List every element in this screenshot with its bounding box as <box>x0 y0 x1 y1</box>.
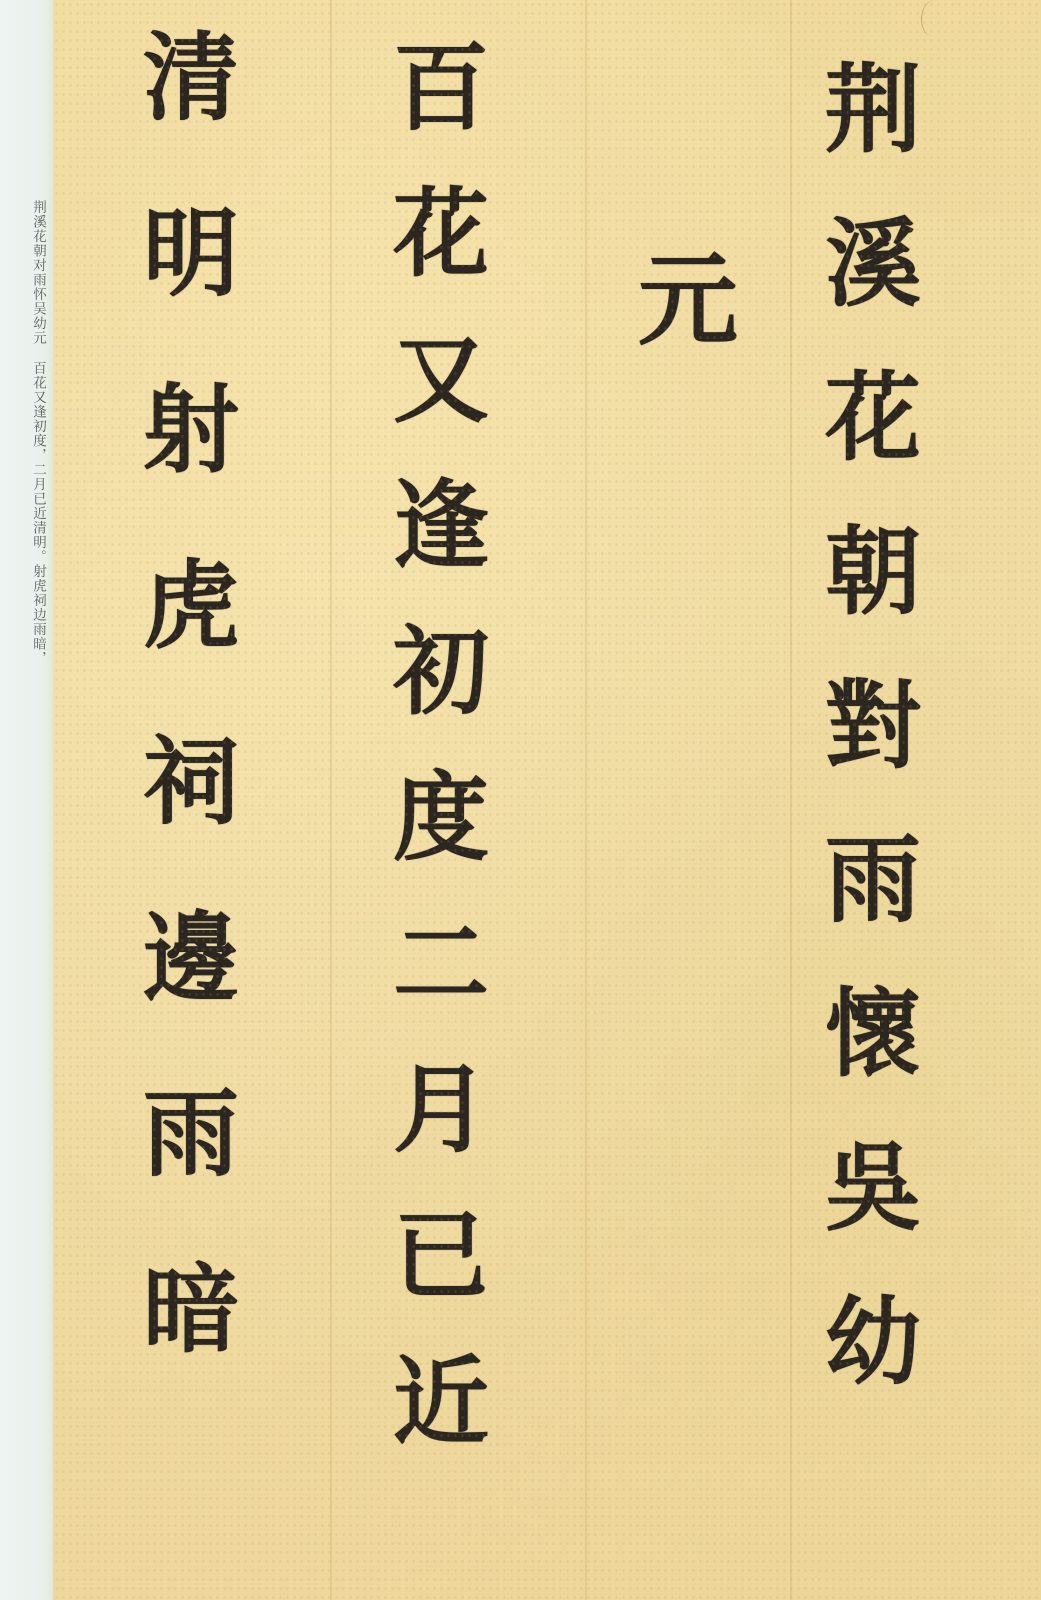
glyph: 荆 <box>825 62 921 158</box>
glyph: 祠 <box>143 734 239 830</box>
glyph: 雨 <box>143 1086 239 1182</box>
glyph: 近 <box>393 1354 489 1450</box>
glyph: 初 <box>393 624 489 720</box>
column-rule <box>790 0 792 1600</box>
glyph: 暗 <box>143 1262 239 1358</box>
glyph: 又 <box>393 332 489 428</box>
glyph: 明 <box>143 206 239 302</box>
glyph: 雨 <box>825 832 921 928</box>
calligraphy-column-4: 清 明 射 虎 祠 邊 雨 暗 <box>143 30 239 1358</box>
glyph: 虎 <box>143 558 239 654</box>
glyph: 吳 <box>825 1140 921 1236</box>
paper-crease <box>921 0 946 36</box>
glyph: 月 <box>393 1062 489 1158</box>
annotation-caption: 荆溪花朝对雨怀吴幼元百花又逢初度，二月已近清明。射虎祠边雨暗， <box>26 200 46 666</box>
calligraphy-column-3: 百 花 又 逢 初 度 二 月 已 近 <box>393 40 489 1450</box>
column-rule <box>585 0 587 1600</box>
glyph: 朝 <box>825 524 921 620</box>
glyph: 度 <box>393 770 489 866</box>
glyph: 邊 <box>143 910 239 1006</box>
glyph: 幼 <box>825 1294 921 1390</box>
calligraphy-column-2: 元 <box>638 250 738 350</box>
glyph: 花 <box>393 186 489 282</box>
glyph: 懷 <box>825 986 921 1082</box>
glyph: 二 <box>393 916 489 1012</box>
glyph: 射 <box>143 382 239 478</box>
page-margin: 荆溪花朝对雨怀吴幼元百花又逢初度，二月已近清明。射虎祠边雨暗， <box>0 0 53 1600</box>
annotation-text: 百花又逢初度，二月已近清明。射虎祠边雨暗， <box>30 361 46 666</box>
glyph: 已 <box>393 1208 489 1304</box>
calligraphy-column-1: 荆 溪 花 朝 對 雨 懷 吳 幼 <box>825 62 921 1390</box>
glyph: 逢 <box>393 478 489 574</box>
glyph: 溪 <box>825 216 921 312</box>
annotation-title: 荆溪花朝对雨怀吴幼元 <box>30 200 46 345</box>
glyph: 元 <box>638 250 738 350</box>
column-rule <box>330 0 332 1600</box>
glyph: 對 <box>825 678 921 774</box>
glyph: 花 <box>825 370 921 466</box>
calligraphy-paper: 荆 溪 花 朝 對 雨 懷 吳 幼 元 百 花 又 逢 初 度 二 月 已 近 … <box>53 0 1041 1600</box>
glyph: 百 <box>393 40 489 136</box>
glyph: 清 <box>143 30 239 126</box>
